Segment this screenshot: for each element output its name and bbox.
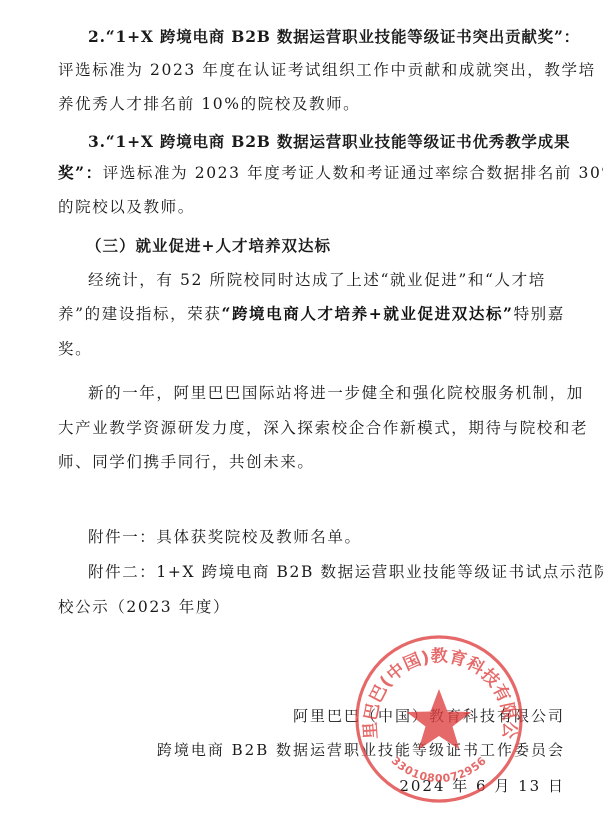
- award-3-heading: 3.“1+X 跨境电商 B2B 数据运营职业技能等级证书优秀教学成果: [88, 130, 570, 152]
- attachment-1: 附件一：具体获奖院校及教师名单。: [88, 527, 362, 547]
- signature-org-2: 跨境电商 B2B 数据运营职业技能等级证书工作委员会: [157, 740, 565, 760]
- section-3-para-line-2: 养”的建设指标，荣获“跨境电商人才培养+就业促进双达标”特别嘉: [58, 304, 565, 324]
- signature-date: 2024 年 6 月 13 日: [399, 776, 565, 796]
- closing-line-3: 师、同学们携手同行，共创未来。: [58, 452, 315, 472]
- section-3-para-line-3: 奖。: [58, 339, 92, 359]
- award-3-heading-tail: 奖”：: [58, 163, 103, 182]
- section-3-text-a: 养”的建设指标，荣获: [58, 305, 221, 323]
- award-2-body-line-1: 评选标准为 2023 年度在认证考试组织工作中贡献和成就突出，教学培: [58, 60, 596, 80]
- section-3-text-b: 特别嘉: [514, 305, 565, 323]
- closing-line-1: 新的一年，阿里巴巴国际站将进一步健全和强化院校服务机制，加: [88, 383, 584, 403]
- signature-org-1: 阿里巴巴（中国）教育科技有限公司: [293, 706, 565, 726]
- section-3-heading: （三）就业促进+人才培养双达标: [86, 234, 331, 256]
- attachment-2-line-2: 校公示（2023 年度）: [58, 597, 230, 617]
- section-3-para-line-1: 经统计，有 52 所院校同时达成了上述“就业促进”和“人才培: [88, 270, 546, 290]
- document-page: 2.“1+X 跨境电商 B2B 数据运营职业技能等级证书突出贡献奖”： 评选标准…: [0, 0, 603, 814]
- award-3-criteria: 评选标准为 2023 年度考证人数和考证通过率综合数据排名前 30%: [103, 164, 603, 182]
- attachment-2-line-1: 附件二：1+X 跨境电商 B2B 数据运营职业技能等级证书试点示范院: [88, 562, 603, 582]
- award-3-body-line-2: 的院校以及教师。: [58, 197, 195, 217]
- award-2-heading: 2.“1+X 跨境电商 B2B 数据运营职业技能等级证书突出贡献奖”：: [88, 25, 580, 47]
- award-2-body-line-2: 养优秀人才排名前 10%的院校及教师。: [58, 94, 360, 114]
- award-3-body-line-1: 奖”：评选标准为 2023 年度考证人数和考证通过率综合数据排名前 30%: [58, 163, 603, 183]
- closing-line-2: 大产业教学资源研发力度，深入探索校企合作新模式，期待与院校和老: [58, 418, 588, 438]
- special-award-name: “跨境电商人才培养+就业促进双达标”: [221, 304, 513, 323]
